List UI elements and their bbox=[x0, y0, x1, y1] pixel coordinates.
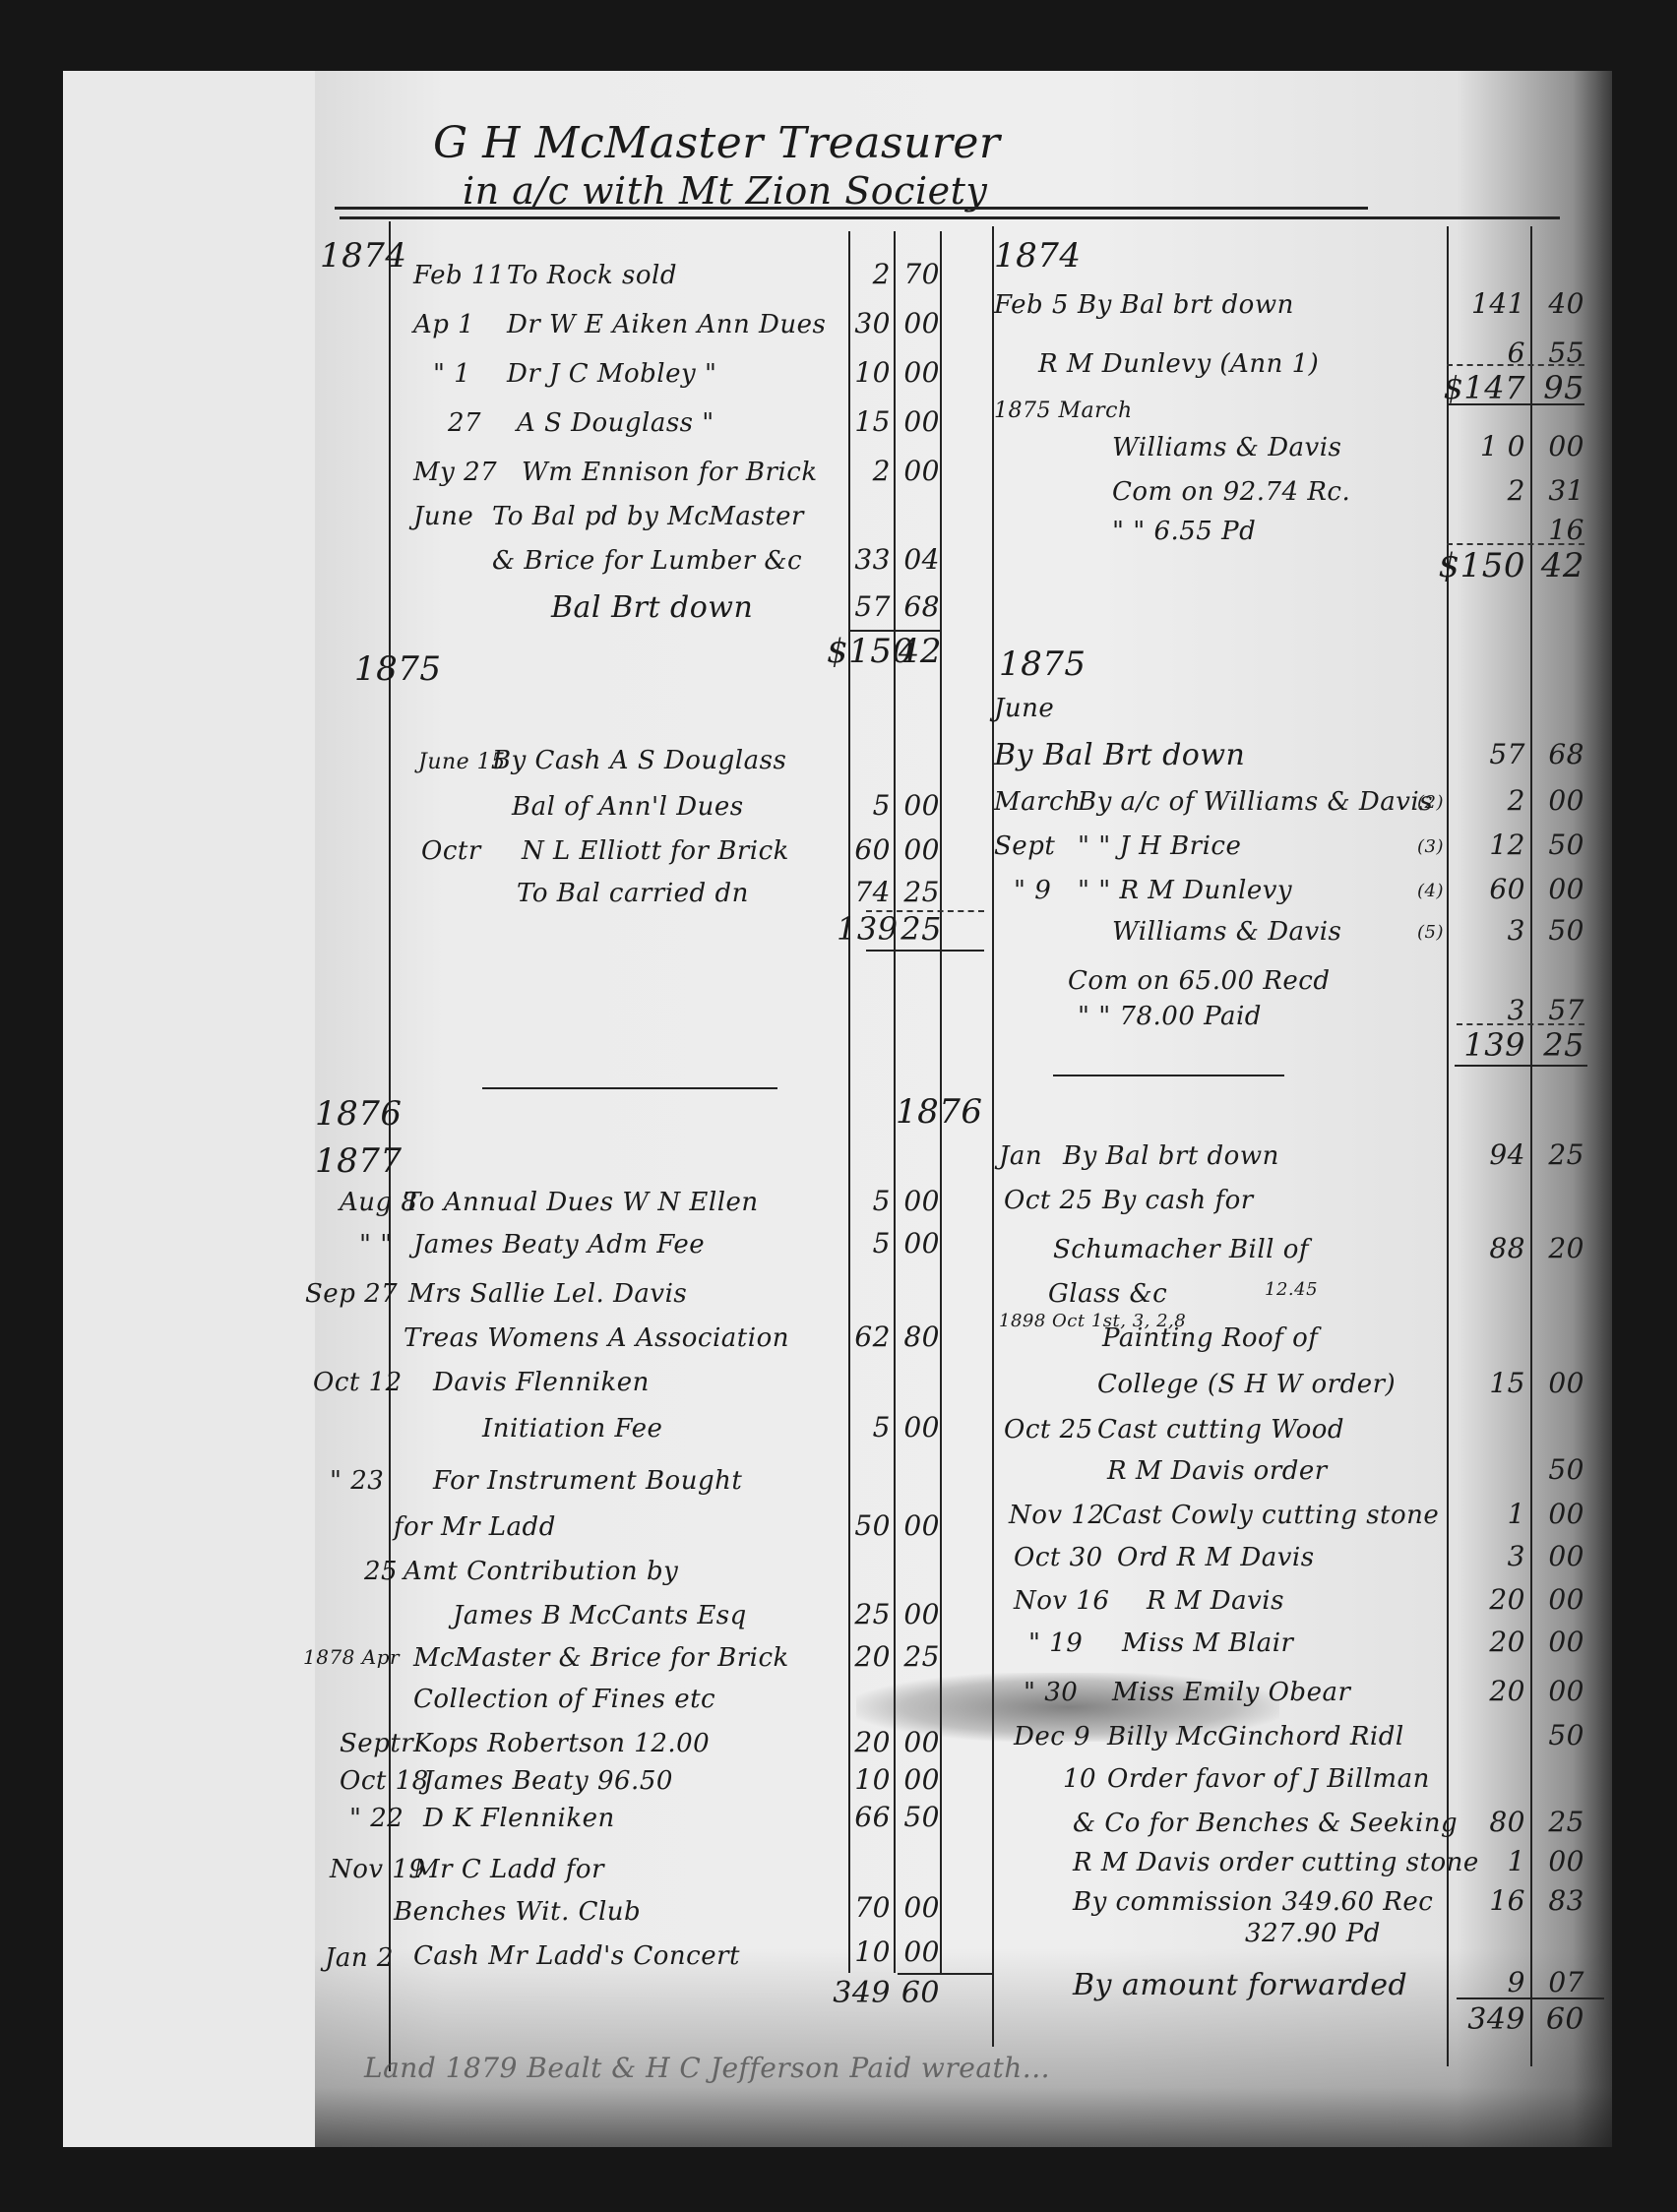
right-entry-desc: Billy McGinchord Ridl bbox=[1107, 1722, 1404, 1751]
left-total-dollars: 349 bbox=[827, 1976, 891, 2010]
right-entry-desc: " " R M Dunlevy bbox=[1078, 876, 1292, 905]
left-entry-dollars: 30 bbox=[817, 307, 891, 339]
right-entry-desc: By Bal brt down bbox=[1063, 1141, 1279, 1171]
right-entry-dollars: 20 bbox=[1437, 1626, 1525, 1658]
left-entry-dollars: 2 bbox=[817, 455, 891, 487]
left-entry-cents: 00 bbox=[896, 1185, 940, 1217]
left-entry-cents: 80 bbox=[896, 1321, 940, 1353]
page-shadow bbox=[315, 1948, 1612, 2147]
left-entry-date: " 1 bbox=[433, 359, 470, 389]
right-entry-dollars: $147 bbox=[1417, 369, 1525, 406]
left-entry-date: Feb 11 bbox=[413, 261, 505, 290]
left-year-1874: 1874 bbox=[320, 236, 407, 276]
right-entry-dollars: 88 bbox=[1437, 1232, 1525, 1264]
right-entry-desc: " " 78.00 Paid bbox=[1078, 1002, 1262, 1031]
right-entry-date: Sept bbox=[994, 831, 1055, 861]
left-entry-dollars: 50 bbox=[817, 1509, 891, 1542]
right-entry-date: March bbox=[994, 787, 1081, 817]
left-total-cents: 25 bbox=[898, 910, 942, 948]
left-entry-desc: for Mr Ladd bbox=[394, 1512, 556, 1542]
left-entry-dollars: 25 bbox=[817, 1598, 891, 1630]
right-entry-cents: 00 bbox=[1535, 430, 1584, 462]
left-entry-dollars: 10 bbox=[817, 1763, 891, 1796]
left-entry-cents: 00 bbox=[896, 1935, 940, 1968]
right-entry-desc: " " 6.55 Pd bbox=[1112, 517, 1256, 546]
faded-footer-note: Land 1879 Bealt & H C Jefferson Paid wre… bbox=[364, 2052, 1050, 2084]
right-entry-date: " 9 bbox=[1014, 876, 1051, 905]
left-entry-desc: Bal Brt down bbox=[551, 590, 753, 625]
left-entry-date: Oct 12 bbox=[313, 1368, 403, 1397]
left-entry-cents: 00 bbox=[896, 1411, 940, 1444]
right-entry-desc: Cast cutting Wood bbox=[1097, 1415, 1344, 1444]
section-divider bbox=[482, 1087, 777, 1089]
right-entry-cents: 00 bbox=[1535, 1583, 1584, 1616]
right-entry-desc: By a/c of Williams & Davis bbox=[1078, 787, 1433, 817]
left-entry-desc: Benches Wit. Club bbox=[394, 1897, 641, 1927]
right-entry-cents: 20 bbox=[1535, 1232, 1584, 1264]
left-dollar-rule bbox=[848, 231, 850, 1973]
right-entry-cents: 40 bbox=[1535, 287, 1584, 320]
left-entry-cents: 00 bbox=[896, 1891, 940, 1924]
left-total-cents: 42 bbox=[898, 632, 942, 671]
right-entry-cents: 25 bbox=[1535, 1138, 1584, 1171]
right-entry-cents: 31 bbox=[1535, 474, 1584, 507]
left-entry-cents: 50 bbox=[896, 1801, 940, 1833]
right-entry-date: " 19 bbox=[1028, 1628, 1083, 1658]
left-entry-date: Jan 2 bbox=[325, 1943, 394, 1973]
title-double-rule bbox=[340, 216, 1560, 219]
ledger-title-line1: G H McMaster Treasurer bbox=[433, 118, 1000, 168]
section-divider bbox=[1053, 1075, 1284, 1076]
left-entry-dollars: 62 bbox=[817, 1321, 891, 1353]
right-entry-desc: Glass &c bbox=[1048, 1279, 1167, 1309]
left-year-1877: 1877 bbox=[315, 1141, 403, 1181]
left-entry-dollars: 60 bbox=[817, 833, 891, 866]
total-rule bbox=[898, 1973, 992, 1975]
right-entry-date: 1875 March bbox=[994, 399, 1133, 423]
title-underline bbox=[335, 207, 1368, 210]
left-entry-dollars: 5 bbox=[817, 789, 891, 822]
right-entry-desc: Com on 65.00 Recd bbox=[1068, 966, 1331, 996]
left-entry-desc: McMaster & Brice for Brick bbox=[413, 1643, 789, 1673]
right-entry-desc: Miss M Blair bbox=[1122, 1628, 1293, 1658]
right-entry-dollars: 16 bbox=[1437, 1884, 1525, 1917]
total-rule bbox=[1457, 1997, 1604, 1999]
left-entry-cents: 00 bbox=[896, 307, 940, 339]
right-entry-desc: By amount forwarded bbox=[1073, 1968, 1407, 2002]
left-entry-date: 25 bbox=[364, 1557, 398, 1586]
left-entry-dollars: 15 bbox=[817, 405, 891, 438]
left-entry-cents: 04 bbox=[896, 543, 940, 576]
right-entry-dollars: 1 0 bbox=[1437, 430, 1525, 462]
right-entry-desc: 327.90 Pd bbox=[1245, 1919, 1381, 1948]
left-entry-desc: To Rock sold bbox=[507, 261, 677, 290]
right-entry-date: Oct 30 bbox=[1014, 1543, 1103, 1572]
right-entry-cents: 00 bbox=[1535, 1498, 1584, 1530]
double-total-rule bbox=[1455, 1065, 1587, 1067]
left-entry-dollars: 74 bbox=[817, 876, 891, 908]
left-entry-desc: Bal of Ann'l Dues bbox=[512, 792, 744, 822]
right-entry-desc: & Co for Benches & Seeking bbox=[1073, 1809, 1458, 1838]
right-year-1874: 1874 bbox=[994, 236, 1082, 276]
right-entry-dollars: 15 bbox=[1437, 1367, 1525, 1399]
left-entry-cents: 00 bbox=[896, 1726, 940, 1758]
right-total-cents: 42 bbox=[1535, 546, 1584, 585]
left-entry-dollars: 5 bbox=[817, 1185, 891, 1217]
right-entry-cents: 83 bbox=[1535, 1884, 1584, 1917]
right-entry-dollars: 20 bbox=[1437, 1583, 1525, 1616]
left-entry-dollars: 5 bbox=[817, 1411, 891, 1444]
left-entry-dollars: 5 bbox=[817, 1227, 891, 1260]
left-entry-desc: Davis Flenniken bbox=[433, 1368, 650, 1397]
left-entry-desc: Kops Robertson 12.00 bbox=[413, 1729, 710, 1758]
right-entry-dollars: 80 bbox=[1437, 1806, 1525, 1838]
right-entry-cents: 57 bbox=[1535, 994, 1584, 1026]
right-entry-desc: By cash for bbox=[1102, 1186, 1254, 1215]
left-year-1875: 1875 bbox=[354, 649, 442, 689]
right-entry-date: Dec 9 bbox=[1014, 1722, 1090, 1751]
left-entry-date: Septr bbox=[340, 1729, 413, 1758]
left-entry-dollars: 66 bbox=[817, 1801, 891, 1833]
right-entry-desc: Williams & Davis bbox=[1112, 917, 1341, 947]
left-entry-dollars: 33 bbox=[817, 543, 891, 576]
right-entry-cents: 07 bbox=[1535, 1966, 1584, 1998]
left-entry-cents: 68 bbox=[896, 590, 940, 623]
right-entry-desc: By Bal Brt down bbox=[994, 738, 1245, 772]
left-entry-desc: A S Douglass " bbox=[517, 408, 714, 438]
left-entry-dollars: 2 bbox=[817, 258, 891, 290]
left-entry-date: 27 bbox=[448, 408, 481, 438]
left-entry-desc: Mr C Ladd for bbox=[413, 1855, 604, 1884]
left-entry-date: " 22 bbox=[349, 1804, 404, 1833]
right-entry-desc: Miss Emily Obear bbox=[1112, 1678, 1350, 1707]
left-entry-date: Nov 19 bbox=[330, 1855, 425, 1884]
right-entry-dollars: 60 bbox=[1437, 873, 1525, 905]
left-entry-cents: 00 bbox=[896, 833, 940, 866]
left-entry-cents: 00 bbox=[896, 789, 940, 822]
right-entry-cents: 00 bbox=[1535, 784, 1584, 817]
right-entry-cents: 00 bbox=[1535, 1367, 1584, 1399]
total-rule bbox=[1457, 1023, 1584, 1025]
right-entry-note: 12.45 bbox=[1265, 1279, 1318, 1300]
left-entry-desc: Cash Mr Ladd's Concert bbox=[413, 1941, 740, 1971]
left-entry-date: " 23 bbox=[330, 1466, 384, 1496]
right-entry-desc: R M Davis order cutting stone bbox=[1073, 1848, 1479, 1877]
left-entry-date: Sep 27 bbox=[305, 1279, 398, 1309]
right-entry-date: Oct 25 bbox=[1004, 1186, 1093, 1215]
left-entry-cents: 25 bbox=[896, 1640, 940, 1673]
right-entry-dollars: 1 bbox=[1437, 1845, 1525, 1877]
center-divider bbox=[992, 226, 994, 2047]
left-entry-cents: 00 bbox=[896, 455, 940, 487]
right-entry-date: Oct 25 bbox=[1004, 1415, 1093, 1444]
right-entry-cents: 25 bbox=[1535, 1806, 1584, 1838]
right-entry-dollars: 3 bbox=[1437, 1540, 1525, 1572]
right-entry-desc: Com on 92.74 Rc. bbox=[1112, 477, 1350, 507]
right-entry-cents: 00 bbox=[1535, 1675, 1584, 1707]
right-entry-date: Nov 12 bbox=[1009, 1501, 1104, 1530]
left-entry-desc: James B McCants Esq bbox=[453, 1601, 747, 1630]
left-entry-cents: 00 bbox=[896, 405, 940, 438]
left-entry-dollars: 10 bbox=[817, 356, 891, 389]
right-entry-date: June bbox=[994, 694, 1054, 723]
left-entry-desc: & Brice for Lumber &c bbox=[492, 546, 802, 576]
right-entry-date: " 30 bbox=[1024, 1678, 1078, 1707]
right-entry-cents: 95 bbox=[1535, 369, 1584, 406]
left-entry-desc: Dr J C Mobley " bbox=[507, 359, 716, 389]
left-entry-desc: To Bal carried dn bbox=[517, 879, 749, 908]
right-entry-desc: Schumacher Bill of bbox=[1053, 1235, 1309, 1264]
left-total-dollars: $150 bbox=[827, 632, 896, 671]
right-year-1876: 1876 bbox=[896, 1092, 983, 1132]
left-entry-desc: By Cash A S Douglass bbox=[492, 746, 786, 775]
subtotal-double-rule bbox=[1447, 403, 1584, 405]
right-total-cents: 25 bbox=[1535, 1026, 1584, 1064]
left-entry-desc: To Annual Dues W N Ellen bbox=[404, 1188, 759, 1217]
right-entry-cents: 50 bbox=[1535, 1453, 1584, 1486]
total-rule bbox=[1447, 543, 1584, 545]
right-entry-date: Nov 16 bbox=[1014, 1586, 1109, 1616]
right-entry-cents: 00 bbox=[1535, 1626, 1584, 1658]
left-entry-date: June bbox=[413, 502, 473, 531]
right-total-dollars: 349 bbox=[1457, 2002, 1525, 2037]
right-total-dollars: $150 bbox=[1417, 546, 1525, 585]
left-year-1876: 1876 bbox=[315, 1094, 403, 1134]
right-entry-desc: Ord R M Davis bbox=[1117, 1543, 1315, 1572]
right-entry-desc: " " J H Brice bbox=[1078, 831, 1241, 861]
right-year-1875: 1875 bbox=[999, 645, 1087, 684]
right-entry-dollars: 9 bbox=[1437, 1966, 1525, 1998]
right-entry-desc: Painting Roof of bbox=[1102, 1323, 1318, 1353]
left-entry-desc: Wm Ennison for Brick bbox=[522, 458, 818, 487]
right-entry-dollars: 2 bbox=[1437, 474, 1525, 507]
left-entry-date: Oct 18 bbox=[340, 1766, 429, 1796]
right-entry-cents: 50 bbox=[1535, 1719, 1584, 1751]
left-entry-date: Octr bbox=[421, 836, 481, 866]
right-entry-dollars: 3 bbox=[1437, 994, 1525, 1026]
left-entry-desc: Collection of Fines etc bbox=[413, 1685, 715, 1714]
right-entry-desc: College (S H W order) bbox=[1097, 1370, 1396, 1399]
left-entry-dollars: 20 bbox=[817, 1640, 891, 1673]
right-entry-desc: R M Davis order bbox=[1107, 1456, 1328, 1486]
right-entry-dollars: 94 bbox=[1437, 1138, 1525, 1171]
right-entry-desc: Order favor of J Billman bbox=[1107, 1764, 1430, 1794]
left-total-dollars: 139 bbox=[837, 910, 896, 948]
right-total-cents: 60 bbox=[1535, 2002, 1584, 2037]
right-entry-dollars: 2 bbox=[1437, 784, 1525, 817]
right-entry-cents: 00 bbox=[1535, 1540, 1584, 1572]
left-entry-desc: James Beaty Adm Fee bbox=[413, 1230, 705, 1260]
left-entry-cents: 00 bbox=[896, 356, 940, 389]
left-entry-dollars: 20 bbox=[817, 1726, 891, 1758]
left-entry-cents: 25 bbox=[896, 876, 940, 908]
right-entry-date: 10 bbox=[1063, 1764, 1096, 1794]
left-entry-desc: To Bal pd by McMaster bbox=[492, 502, 804, 531]
left-entry-cents: 70 bbox=[896, 258, 940, 290]
left-entry-desc: Dr W E Aiken Ann Dues bbox=[507, 310, 826, 339]
left-total-cents: 60 bbox=[896, 1976, 940, 2010]
right-entry-desc: R M Davis bbox=[1147, 1586, 1284, 1616]
right-entry-dollars: 141 bbox=[1437, 287, 1525, 320]
right-entry-date: Feb 5 bbox=[994, 290, 1069, 320]
right-cents-rule bbox=[1530, 226, 1532, 2066]
paper-strip-left bbox=[63, 71, 315, 2147]
right-entry-cents: 50 bbox=[1535, 914, 1584, 947]
right-entry-cents: 68 bbox=[1535, 738, 1584, 770]
right-entry-cents: 16 bbox=[1535, 514, 1584, 546]
left-entry-dollars: 70 bbox=[817, 1891, 891, 1924]
right-entry-cents: 50 bbox=[1535, 829, 1584, 861]
right-total-dollars: 139 bbox=[1437, 1026, 1525, 1064]
left-entry-date: 1878 Apr bbox=[303, 1645, 400, 1669]
left-entry-desc: For Instrument Bought bbox=[433, 1466, 742, 1496]
right-entry-desc: By Bal brt down bbox=[1078, 290, 1294, 320]
right-entry-dollars: 57 bbox=[1437, 738, 1525, 770]
left-entry-cents: 00 bbox=[896, 1509, 940, 1542]
right-entry-cents: 00 bbox=[1535, 873, 1584, 905]
left-entry-desc: Amt Contribution by bbox=[404, 1557, 678, 1586]
right-entry-dollars: 1 bbox=[1437, 1498, 1525, 1530]
double-total-rule bbox=[866, 950, 984, 952]
left-entry-desc: N L Elliott for Brick bbox=[522, 836, 789, 866]
right-entry-dollars: 3 bbox=[1437, 914, 1525, 947]
right-entry-date: Jan bbox=[999, 1141, 1042, 1171]
left-entry-desc: D K Flenniken bbox=[423, 1804, 615, 1833]
right-entry-desc: By commission 349.60 Rec bbox=[1073, 1887, 1433, 1917]
left-entry-date: Ap 1 bbox=[413, 310, 474, 339]
left-entry-dollars: 57 bbox=[817, 590, 891, 623]
left-entry-desc: James Beaty 96.50 bbox=[423, 1766, 673, 1796]
left-entry-cents: 00 bbox=[896, 1227, 940, 1260]
right-entry-dollars: 20 bbox=[1437, 1675, 1525, 1707]
right-entry-desc: Cast Cowly cutting stone bbox=[1102, 1501, 1439, 1530]
left-entry-desc: Initiation Fee bbox=[482, 1414, 662, 1444]
left-entry-cents: 00 bbox=[896, 1598, 940, 1630]
left-entry-dollars: 10 bbox=[817, 1935, 891, 1968]
left-entry-cents: 00 bbox=[896, 1763, 940, 1796]
subtotal-rule bbox=[1447, 364, 1584, 366]
left-entry-date: My 27 bbox=[413, 458, 497, 487]
left-entry-desc: Treas Womens A Association bbox=[404, 1323, 789, 1353]
left-entry-desc: Mrs Sallie Lel. Davis bbox=[408, 1279, 687, 1309]
right-entry-cents: 00 bbox=[1535, 1845, 1584, 1877]
right-entry-dollars: 12 bbox=[1437, 829, 1525, 861]
right-entry-desc: Williams & Davis bbox=[1112, 433, 1341, 462]
left-entry-date: " " bbox=[359, 1230, 393, 1260]
right-entry-desc: R M Dunlevy (Ann 1) bbox=[1038, 349, 1319, 379]
